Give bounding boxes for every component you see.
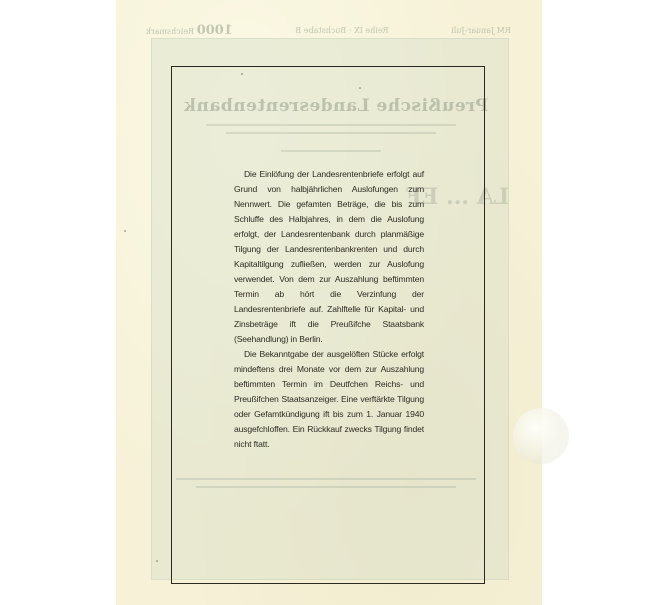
speck <box>156 560 158 562</box>
paragraph-announcement: Die Bekanntgabe der ausgelöften Stücke e… <box>234 347 424 452</box>
ghost-amount: 1000 <box>197 23 233 38</box>
speck <box>124 230 126 232</box>
embossed-seal <box>513 408 569 464</box>
ghost-header: RM Januar-Juli Reihe IX · Buchstabe B 10… <box>146 23 511 37</box>
ghost-header-right: 1000 Reichsmark <box>146 23 233 38</box>
paragraph-redemption: Die Einlöfung der Landesrentenbriefe erf… <box>234 167 424 347</box>
scan-canvas: RM Januar-Juli Reihe IX · Buchstabe B 10… <box>0 0 658 605</box>
ghost-unit: Reichsmark <box>146 27 194 36</box>
redemption-terms-text: Die Einlöfung der Landesrentenbriefe erf… <box>234 167 424 452</box>
ghost-header-left: RM Januar-Juli <box>451 26 511 35</box>
ghost-header-center: Reihe IX · Buchstabe B <box>295 26 388 35</box>
